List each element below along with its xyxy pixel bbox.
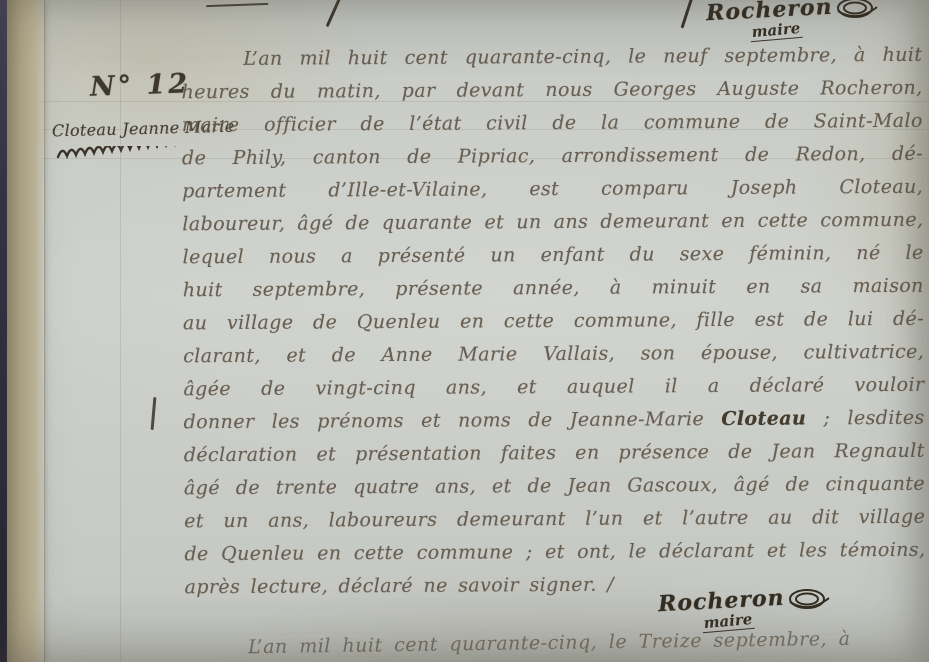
act-line: huit septembre, présente année, à minuit… [183,270,924,308]
act-line: lequel nous a présenté un enfant du sexe… [183,237,924,275]
act-line-text: donner les prénoms et noms de Jeanne-Mar… [184,408,722,433]
act-line: de Quenleu en cette commune ; et ont, le… [184,534,925,572]
act-line: et un ans, laboureurs demeurant l’un et … [184,501,925,539]
child-surname-emphasis: Cloteau [721,407,806,430]
act-line: clarant, et de Anne Marie Vallais, son é… [183,336,924,374]
act-line: L’an mil huit cent quarante-cinq, le neu… [181,39,922,77]
signature-block-top: Rocheron maire [706,0,879,40]
act-line: au village de Quenleu en cette commune, … [183,303,924,341]
signature-paraph-flourish [787,586,831,612]
act-line: âgée de vingt-cinq ans, et auquel il a d… [183,369,924,407]
pen-slash-stroke [326,0,342,27]
scanned-register-page: Rocheron maire N° 12 Cloteau Jeanne Mari… [0,0,929,662]
act-line-text: ; lesdites [806,407,925,430]
margin-correction-tick [151,397,157,430]
act-body: L’an mil huit cent quarante-cinq, le neu… [181,39,925,605]
act-line: déclaration et présentation faites en pr… [184,435,925,473]
page-fold-line [44,0,45,662]
act-number: N° 12 [89,68,190,102]
act-line: partement d’Ille-et-Vilaine, est comparu… [182,171,923,209]
act-line: de Phily, canton de Pipriac, arrondissem… [182,138,923,176]
signature-slash [681,0,695,29]
act-line: maire officier de l’état civil de la com… [182,105,923,143]
next-act-first-line: L’an mil huit cent quarante-cinq, le Tre… [248,628,851,658]
act-line: âgé de trente quatre ans, et de Jean Gas… [184,468,925,506]
act-line-child-name: donner les prénoms et noms de Jeanne-Mar… [184,402,925,440]
previous-line-fragment [206,0,268,7]
act-line: laboureur, âgé de quarante et un ans dem… [182,204,923,242]
signature-block-bottom: Rocheron maire [658,586,831,631]
page-left-edge [7,0,44,662]
signature-paraph-flourish [835,0,879,21]
act-line: heures du matin, par devant nous Georges… [181,72,922,110]
